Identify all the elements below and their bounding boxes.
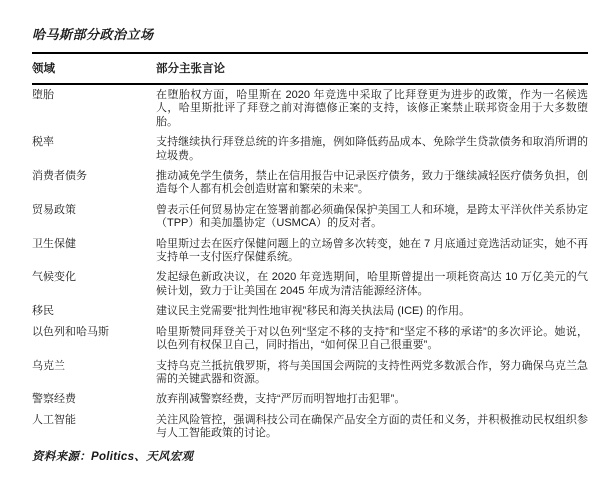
table-row: 移民 建议民主党需要“批判性地审视”移民和海关执法局 (ICE) 的作用。 <box>32 305 588 318</box>
statement-cell: 推动减免学生债务，禁止在信用报告中记录医疗债务，致力于继续减轻医疗债务负担，创造… <box>156 170 588 197</box>
field-cell: 气候变化 <box>32 271 156 298</box>
field-cell: 消费者债务 <box>32 170 156 197</box>
statement-cell: 哈里斯赞同拜登关于对以色列“坚定不移的支持”和“坚定不移的承诺”的多次评论。她说… <box>156 326 588 353</box>
table-row: 以色列和哈马斯 哈里斯赞同拜登关于对以色列“坚定不移的支持”和“坚定不移的承诺”… <box>32 326 588 353</box>
table-body: 堕胎 在堕胎权方面，哈里斯在 2020 年竞选中采取了比拜登更为进步的政策，作为… <box>32 85 588 441</box>
field-cell: 乌克兰 <box>32 360 156 387</box>
field-cell: 以色列和哈马斯 <box>32 326 156 353</box>
positions-table: 领域 部分主张言论 堕胎 在堕胎权方面，哈里斯在 2020 年竞选中采取了比拜登… <box>32 52 588 441</box>
table-row: 卫生保健 哈里斯过去在医疗保健问题上的立场曾多次转变，她在 7 月底通过竞选活动… <box>32 238 588 265</box>
table-header-row: 领域 部分主张言论 <box>32 54 588 85</box>
column-header-field: 领域 <box>32 60 156 76</box>
statement-cell: 曾表示任何贸易协定在签署前都必须确保保护美国工人和环境，是跨太平洋伙伴关系协定（… <box>156 204 588 231</box>
statement-cell: 支持乌克兰抵抗俄罗斯，将与美国国会两院的支持性两党多数派合作，努力确保乌克兰急需… <box>156 360 588 387</box>
table-row: 警察经费 放弃削减警察经费，支持“严厉而明智地打击犯罪”。 <box>32 393 588 406</box>
table-row: 税率 支持继续执行拜登总统的许多措施，例如降低药品成本、免除学生贷款债务和取消所… <box>32 136 588 163</box>
statement-cell: 关注风险管控，强调科技公司在确保产品安全方面的责任和义务，并积极推动民权组织参与… <box>156 414 588 441</box>
table-row: 堕胎 在堕胎权方面，哈里斯在 2020 年竞选中采取了比拜登更为进步的政策，作为… <box>32 89 588 129</box>
document-page: 哈马斯部分政治立场 领域 部分主张言论 堕胎 在堕胎权方面，哈里斯在 2020 … <box>0 0 600 464</box>
field-cell: 税率 <box>32 136 156 163</box>
statement-cell: 放弃削减警察经费，支持“严厉而明智地打击犯罪”。 <box>156 393 588 406</box>
column-header-statement: 部分主张言论 <box>156 60 588 76</box>
field-cell: 警察经费 <box>32 393 156 406</box>
page-title: 哈马斯部分政治立场 <box>32 24 588 43</box>
field-cell: 贸易政策 <box>32 204 156 231</box>
field-cell: 堕胎 <box>32 89 156 129</box>
field-cell: 移民 <box>32 305 156 318</box>
table-row: 贸易政策 曾表示任何贸易协定在签署前都必须确保保护美国工人和环境，是跨太平洋伙伴… <box>32 204 588 231</box>
statement-cell: 建议民主党需要“批判性地审视”移民和海关执法局 (ICE) 的作用。 <box>156 305 588 318</box>
statement-cell: 哈里斯过去在医疗保健问题上的立场曾多次转变，她在 7 月底通过竞选活动证实，她不… <box>156 238 588 265</box>
table-row: 乌克兰 支持乌克兰抵抗俄罗斯，将与美国国会两院的支持性两党多数派合作，努力确保乌… <box>32 360 588 387</box>
source-note: 资料来源：Politics、天风宏观 <box>32 448 588 464</box>
field-cell: 卫生保健 <box>32 238 156 265</box>
statement-cell: 在堕胎权方面，哈里斯在 2020 年竞选中采取了比拜登更为进步的政策，作为一名候… <box>156 89 588 129</box>
table-row: 消费者债务 推动减免学生债务，禁止在信用报告中记录医疗债务，致力于继续减轻医疗债… <box>32 170 588 197</box>
table-row: 气候变化 发起绿色新政决议，在 2020 年竞选期间，哈里斯曾提出一项耗资高达 … <box>32 271 588 298</box>
field-cell: 人工智能 <box>32 414 156 441</box>
table-row: 人工智能 关注风险管控，强调科技公司在确保产品安全方面的责任和义务，并积极推动民… <box>32 414 588 441</box>
statement-cell: 支持继续执行拜登总统的许多措施，例如降低药品成本、免除学生贷款债务和取消所谓的垃… <box>156 136 588 163</box>
statement-cell: 发起绿色新政决议，在 2020 年竞选期间，哈里斯曾提出一项耗资高达 10 万亿… <box>156 271 588 298</box>
